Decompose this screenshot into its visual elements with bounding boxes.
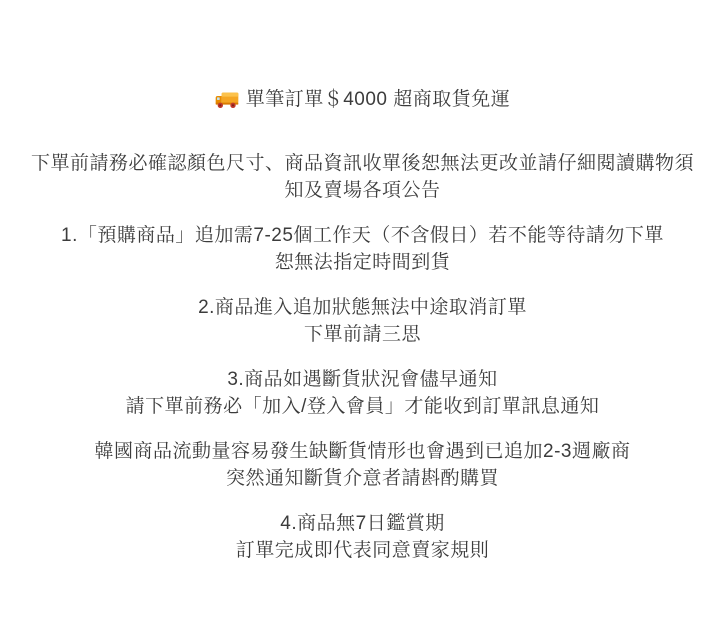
- notice-title-row: 單筆訂單＄4000 超商取貨免運: [0, 86, 725, 113]
- notice-line: 訂單完成即代表同意賣家規則: [0, 537, 725, 564]
- notice-line: 下單前請三思: [0, 321, 725, 348]
- notice-line: 3.商品如遇斷貨狀況會儘早通知: [0, 366, 725, 393]
- notice-line: 韓國商品流動量容易發生缺斷貨情形也會遇到已追加2-3週廠商: [0, 438, 725, 465]
- notice-line: 知及賣場各項公告: [0, 177, 725, 204]
- notice-paragraph-rule2: 2.商品進入追加狀態無法中途取消訂單 下單前請三思: [0, 294, 725, 348]
- notice-line: 4.商品無7日鑑賞期: [0, 510, 725, 537]
- notice-paragraph-intro: 下單前請務必確認顏色尺寸、商品資訊收單後恕無法更改並請仔細閱讀購物須 知及賣場各…: [0, 150, 725, 204]
- notice-line: 突然通知斷貨介意者請斟酌購買: [0, 465, 725, 492]
- notice-line: 1.「預購商品」追加需7-25個工作天（不含假日）若不能等待請勿下單: [0, 222, 725, 249]
- notice-title: 單筆訂單＄4000 超商取貨免運: [246, 86, 511, 113]
- notice-line: 恕無法指定時間到貨: [0, 249, 725, 276]
- shop-notice: 單筆訂單＄4000 超商取貨免運 下單前請務必確認顏色尺寸、商品資訊收單後恕無法…: [0, 0, 725, 564]
- delivery-truck-icon: [215, 90, 239, 110]
- notice-line: 2.商品進入追加狀態無法中途取消訂單: [0, 294, 725, 321]
- notice-line: 請下單前務必「加入/登入會員」才能收到訂單訊息通知: [0, 393, 725, 420]
- notice-paragraph-rule4: 4.商品無7日鑑賞期 訂單完成即代表同意賣家規則: [0, 510, 725, 564]
- notice-line: 下單前請務必確認顏色尺寸、商品資訊收單後恕無法更改並請仔細閱讀購物須: [0, 150, 725, 177]
- notice-paragraph-rule1: 1.「預購商品」追加需7-25個工作天（不含假日）若不能等待請勿下單 恕無法指定…: [0, 222, 725, 276]
- notice-paragraph-rule3: 3.商品如遇斷貨狀況會儘早通知 請下單前務必「加入/登入會員」才能收到訂單訊息通…: [0, 366, 725, 420]
- notice-paragraph-korea: 韓國商品流動量容易發生缺斷貨情形也會遇到已追加2-3週廠商 突然通知斷貨介意者請…: [0, 438, 725, 492]
